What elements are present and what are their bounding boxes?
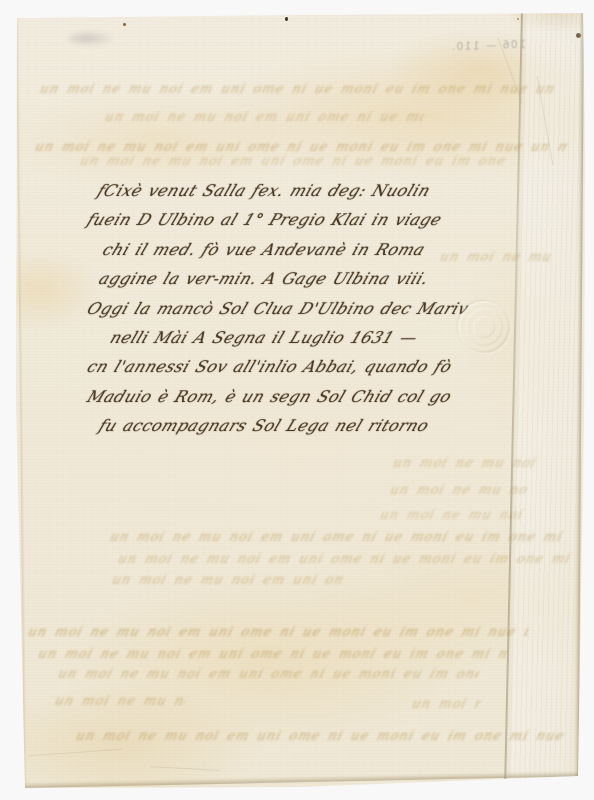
ink-speck: [308, 12, 310, 14]
handwriting-line: fu accompagnars Sol Lega nel ritorno: [82, 411, 445, 440]
embossed-seal: [458, 301, 510, 353]
bleedthrough-line: un moi ne mu noi em uni ome ni ue moni e…: [115, 552, 571, 569]
paper-edge-bottom: [24, 770, 579, 788]
manuscript-page: un moi ne mu noi em uni ome ni ue moni e…: [0, 0, 594, 800]
bleedthrough-line: un moi ne mu noi em uni ome ni ue moni e…: [35, 647, 511, 664]
ink-speck: [285, 17, 288, 21]
handwriting-line: nelli Mài A Segna il Luglio 1631 —: [82, 323, 445, 352]
bleedthrough-line: un moi ne mu noi em uni ome ni ue moni e…: [107, 530, 569, 547]
pencil-folio-number: 106 — 110.: [449, 39, 527, 54]
ink-speck: [123, 23, 126, 26]
handwriting-line: cn l'annessi Sov all'inlio Abbai, quando…: [82, 352, 445, 381]
handwriting-block: fCixè venut Salla fex. mia deg: Nuolinfu…: [88, 176, 440, 441]
ink-speck: [576, 33, 581, 38]
bleedthrough-line: un moi ne mu noi e: [437, 250, 563, 267]
handwriting-line: fuein D Ulbino al 1° Pregio Klai in viag…: [82, 205, 445, 234]
paper-edge-top: [17, 7, 584, 17]
bleedthrough-line: un moi ne mu noi em uni ome ni ue moni e…: [25, 625, 531, 642]
bleedthrough-line: un moi ne mu noi em uni ome ni ue moni e…: [55, 667, 481, 684]
bleedthrough-line: un moi ne mu noi em u: [387, 483, 531, 500]
handwriting-line: chi il med. fò vue Andevanè in Roma: [82, 235, 445, 264]
handwriting-line: Maduio è Rom, è un segn Sol Chid col go: [82, 382, 445, 411]
paper-crinkle: [150, 766, 220, 771]
bleedthrough-line: un moi ne mu noi em un: [390, 456, 538, 473]
bleedthrough-line: un moi ne mu noi em uni ome ni ue m: [109, 573, 345, 590]
scanner-background: un moi ne mu noi em uni ome ni ue moni e…: [0, 0, 594, 800]
paper-crinkle: [28, 749, 123, 757]
bleedthrough-line: un moi ne mu noi em uni ome ni ue moni e…: [73, 729, 571, 746]
bleedthrough-line: un moi ne mu noi em: [52, 694, 188, 711]
gray-smudge: [68, 30, 116, 47]
handwriting-line: Oggi la mancò Sol Clua D'Ulbino dec Mari…: [82, 294, 445, 323]
handwriting-line: aggine la ver-min. A Gage Ulbina viii.: [82, 264, 445, 293]
bleedthrough-line: un moi ne mu noi em un: [377, 508, 525, 525]
bleedthrough-line: un moi ne mu noi em uni ome ni ue moni e…: [77, 154, 507, 171]
bleedthrough-line: un moi ne: [409, 697, 483, 714]
ink-speck: [517, 18, 519, 20]
paper-edge-left: [16, 18, 27, 788]
handwriting-line: fCixè venut Salla fex. mia deg: Nuolin: [82, 176, 445, 205]
bleedthrough-line: un moi ne mu noi em uni ome ni ue moni e…: [37, 82, 561, 99]
bleedthrough-line: un moi ne mu noi em uni ome ni ue moni e…: [102, 110, 426, 127]
